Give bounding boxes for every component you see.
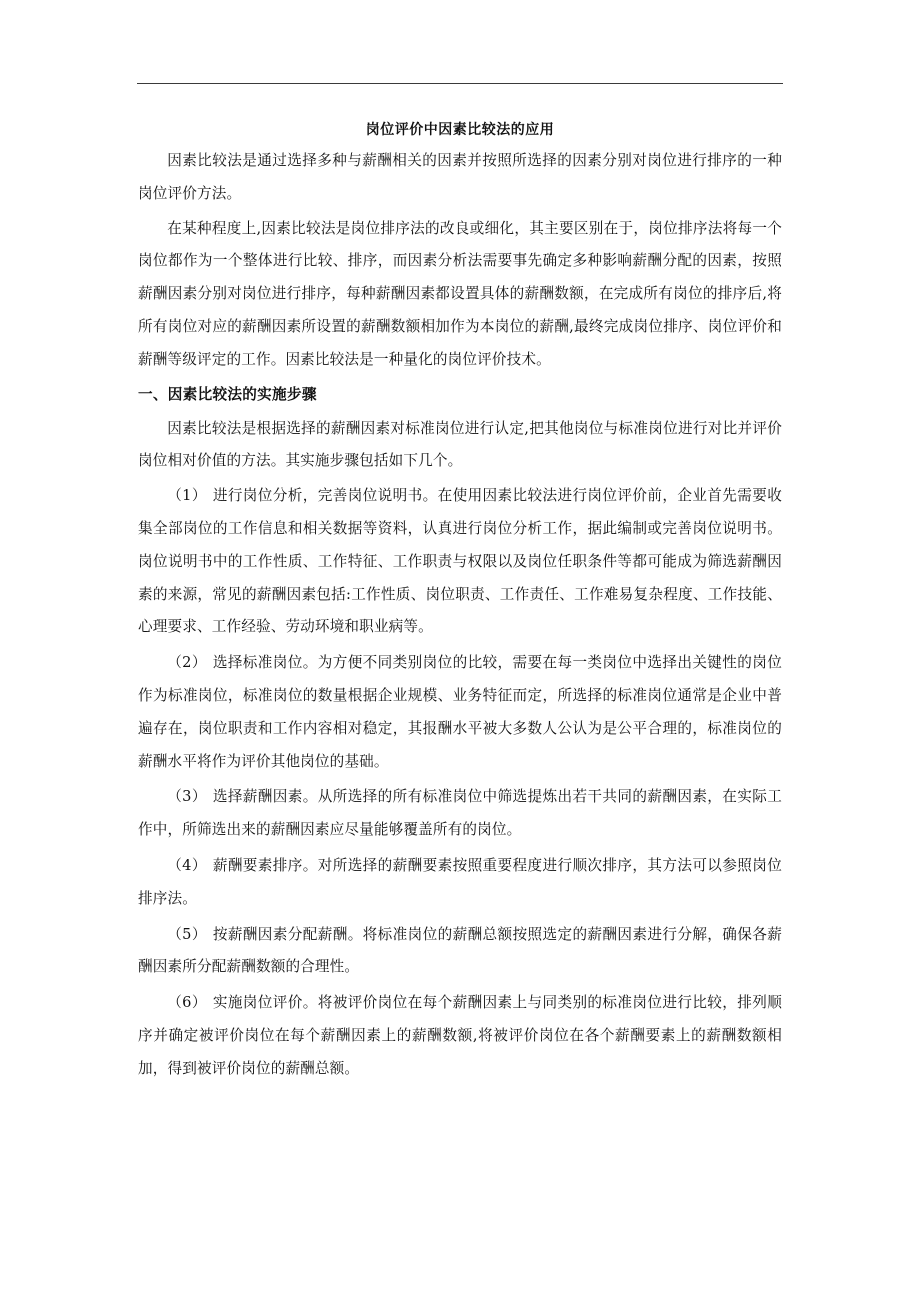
section-intro-paragraph: 因素比较法是根据选择的薪酬因素对标准岗位进行认定,把其他岗位与标准岗位进行对比并…: [138, 413, 782, 479]
step-number: （1）: [167, 487, 207, 504]
step-number: （3）: [167, 788, 207, 805]
step-item-4: （4）薪酬要素排序。对所选择的薪酬要素按照重要程度进行顺次排序，其方法可以参照岗…: [138, 850, 782, 916]
step-text: 进行岗位分析，完善岗位说明书。在使用因素比较法进行岗位评价前，企业首先需要收集全…: [138, 487, 782, 635]
intro-paragraph-1: 因素比较法是通过选择多种与薪酬相关的因素并按照所选择的因素分别对岗位进行排序的一…: [138, 145, 782, 211]
step-number: （5）: [167, 926, 207, 943]
step-text: 实施岗位评价。将被评价岗位在每个薪酬因素上与同类别的标准岗位进行比较，排列顺序并…: [138, 994, 782, 1077]
intro-paragraph-2: 在某种程度上,因素比较法是岗位排序法的改良或细化，其主要区别在于，岗位排序法将每…: [138, 213, 782, 377]
step-item-5: （5）按薪酬因素分配薪酬。将标准岗位的薪酬总额按照选定的薪酬因素进行分解，确保各…: [138, 919, 782, 985]
step-item-2: （2）选择标准岗位。为方便不同类别岗位的比较，需要在每一类岗位中选择出关键性的岗…: [138, 647, 782, 778]
step-item-3: （3）选择薪酬因素。从所选择的所有标准岗位中筛选提炼出若干共同的薪酬因素，在实际…: [138, 781, 782, 847]
step-text: 选择薪酬因素。从所选择的所有标准岗位中筛选提炼出若干共同的薪酬因素，在实际工作中…: [138, 788, 782, 838]
document-page: 岗位评价中因素比较法的应用 因素比较法是通过选择多种与薪酬相关的因素并按照所选择…: [0, 0, 920, 1302]
step-text: 选择标准岗位。为方便不同类别岗位的比较，需要在每一类岗位中选择出关键性的岗位作为…: [138, 654, 782, 769]
header-rule: [137, 83, 783, 84]
step-number: （2）: [167, 654, 207, 671]
step-number: （4）: [167, 857, 207, 874]
step-text: 薪酬要素排序。对所选择的薪酬要素按照重要程度进行顺次排序，其方法可以参照岗位排序…: [138, 857, 782, 907]
document-title: 岗位评价中因素比较法的应用: [138, 116, 782, 144]
step-number: （6）: [167, 994, 207, 1011]
step-text: 按薪酬因素分配薪酬。将标准岗位的薪酬总额按照选定的薪酬因素进行分解，确保各薪酬因…: [138, 926, 782, 976]
section-heading: 一、因素比较法的实施步骤: [138, 379, 782, 411]
document-body: 岗位评价中因素比较法的应用 因素比较法是通过选择多种与薪酬相关的因素并按照所选择…: [138, 116, 782, 1089]
step-item-6: （6）实施岗位评价。将被评价岗位在每个薪酬因素上与同类别的标准岗位进行比较，排列…: [138, 987, 782, 1085]
step-item-1: （1）进行岗位分析，完善岗位说明书。在使用因素比较法进行岗位评价前，企业首先需要…: [138, 480, 782, 644]
